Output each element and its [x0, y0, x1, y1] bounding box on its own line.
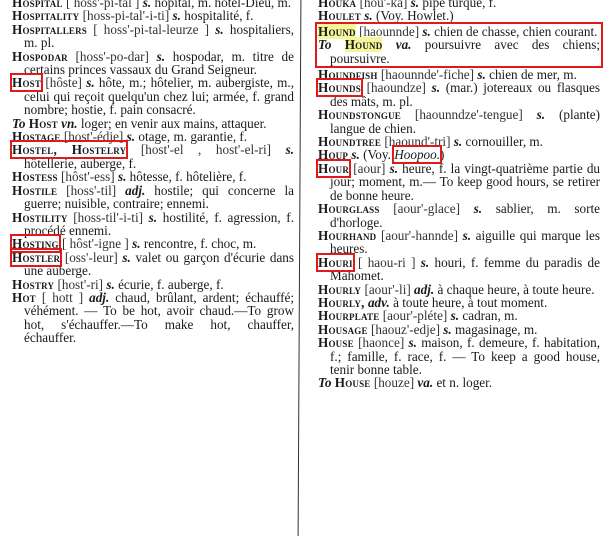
dictionary-entry: Hound [haounnde] s. chien de chasse, chi… — [318, 25, 600, 38]
part-of-speech: s. — [364, 8, 372, 23]
definition: (Voy. Howlet.) — [376, 8, 454, 23]
dictionary-entry: To Hound va. poursuivre avec des chiens;… — [318, 38, 600, 65]
part-of-speech: va. — [417, 375, 433, 390]
right-column: Houka [hou'-ka] s. pipe turque, f.Houlet… — [318, 0, 600, 390]
dictionary-entry: Hostility [hoss-til'-i-ti] s. hostilité,… — [12, 211, 294, 238]
part-of-speech: s. — [463, 228, 471, 243]
pronunciation: [ hoss'-pi-tal-leurze ] — [93, 22, 209, 37]
dictionary-entry: Houp s. (Voy. Hoopoo.) — [318, 148, 600, 161]
dictionary-entry: Hourly [aour'-li] adj. à chaque heure, à… — [318, 283, 600, 296]
dictionary-entry: Hostile [hoss'-til] adj. hostile; qui co… — [12, 184, 294, 211]
pronunciation: [haounndze'-tengue] — [415, 107, 523, 122]
dictionary-entry: Hourplate [aour'-pléte] s. cadran, m. — [318, 309, 600, 322]
part-of-speech: s. — [537, 107, 545, 122]
dictionary-entry: Housage [haouz'-edje] s. magasinage, m. — [318, 323, 600, 336]
part-of-speech: va. — [396, 37, 412, 52]
pronunciation: [aour'-glace] — [393, 201, 460, 216]
entry-prefix: To — [318, 375, 331, 390]
headword: Houlet — [318, 8, 361, 23]
dictionary-entry: Hourhand [aour'-hannde] s. aiguille qui … — [318, 229, 600, 256]
dictionary-entry: Houndstongue [haounndze'-tengue] s. (pla… — [318, 108, 600, 135]
dictionary-entry: Houri [ haou-ri ] s. houri, f. femme du … — [318, 256, 600, 283]
part-of-speech: s. — [432, 80, 440, 95]
pronunciation: [aour'-hannde] — [381, 228, 458, 243]
dictionary-entry: Hostel, Hostelry [host'-el , host'-el-ri… — [12, 143, 294, 170]
dictionary-entry: Hosting [ hôst'-igne ] s. rencontre, f. … — [12, 237, 294, 250]
dictionary-entry: House [haonce] s. maison, f. demeure, f.… — [318, 336, 600, 376]
part-of-speech: s. — [122, 250, 130, 265]
left-column: Hospital [ hoss'-pi-tal ] s. hôpital, m.… — [12, 0, 294, 345]
part-of-speech: s. — [149, 210, 157, 225]
dictionary-entry: To House [houze] va. et n. loger. — [318, 376, 600, 389]
dictionary-entry: Hospitallers [ hoss'-pi-tal-leurze ] s. … — [12, 23, 294, 50]
hound-annotation-box: Hound [haounnde] s. chien de chasse, chi… — [318, 25, 600, 65]
dictionary-entry: Hourly, adv. à toute heure, à tout momen… — [318, 296, 600, 309]
pronunciation: [houze] — [374, 375, 414, 390]
part-of-speech: s. — [215, 22, 223, 37]
dictionary-entry: Hostler [oss'-leur] s. valet ou garçon d… — [12, 251, 294, 278]
dictionary-entry: Hospodar [hoss'-po-dar] s. hospodar, m. … — [12, 50, 294, 77]
part-of-speech: s. — [421, 255, 429, 270]
dictionary-entry: Hostry [host'-ri] s. écurie, f. auberge,… — [12, 278, 294, 291]
dictionary-entry: To Host vn. loger; en venir aux mains, a… — [12, 117, 294, 130]
dictionary-entry: Hot [ hott ] adj. chaud, brûlant, ardent… — [12, 291, 294, 345]
dictionary-entry: Hostess [hôst'-ess] s. hôtesse, f. hôtel… — [12, 170, 294, 183]
dictionary-entry: Hounds [haoundze] s. (mar.) jotereaux ou… — [318, 81, 600, 108]
dictionary-entry: Host [hôste] s. hôte, m.; hôtelier, m. a… — [12, 76, 294, 116]
headword: House — [335, 375, 371, 390]
definition: hostile; qui concerne la guerre; nuisibl… — [24, 183, 294, 211]
part-of-speech: s. — [454, 134, 462, 149]
part-of-speech: s. — [286, 142, 294, 157]
dictionary-entry: Hour [aour] s. heure, f. la vingt-quatri… — [318, 162, 600, 202]
dictionary-page: Hospital [ hoss'-pi-tal ] s. hôpital, m.… — [0, 0, 605, 536]
pronunciation: [host'-el , host'-el-ri] — [141, 142, 271, 157]
column-divider — [298, 0, 302, 536]
dictionary-entry: Hospitality [hoss-pi-tal'-i-ti] s. hospi… — [12, 9, 294, 22]
dictionary-entry: Hourglass [aour'-glace] s. sablier, m. s… — [318, 202, 600, 229]
part-of-speech: s. — [474, 201, 482, 216]
definition: cornouiller, m. — [466, 134, 543, 149]
definition: et n. loger. — [436, 375, 492, 390]
dictionary-entry: Houlet s. (Voy. Howlet.) — [318, 9, 600, 22]
